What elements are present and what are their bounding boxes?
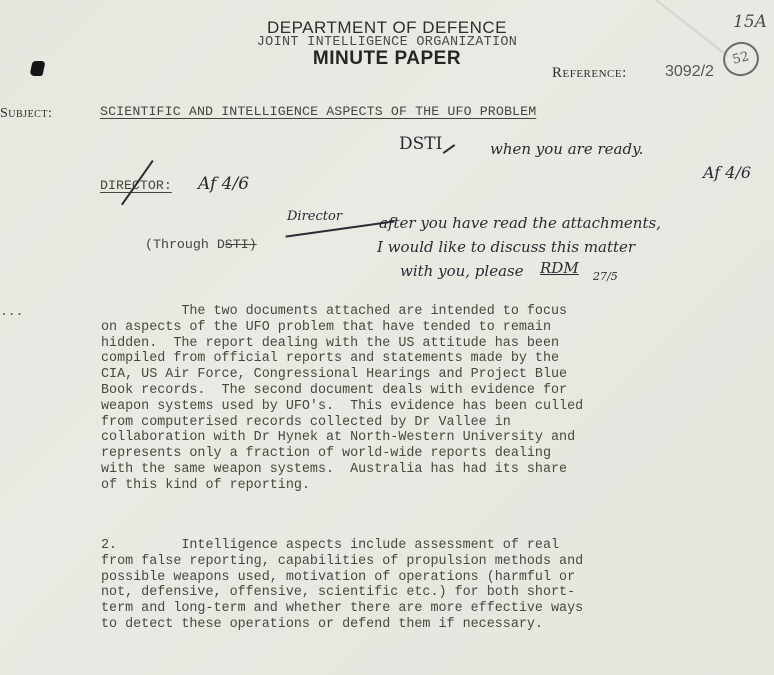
through-prefix: (Through D	[145, 237, 225, 252]
through-struck-text: STI)	[225, 237, 257, 252]
handwritten-note-line-3: with you, please	[400, 262, 524, 280]
body-paragraph-2: 2. Intelligence aspects include assessme…	[101, 538, 741, 633]
folio-annotation: 15A	[733, 12, 767, 32]
handwritten-dsti: DSTI	[399, 134, 442, 154]
handwritten-slash	[443, 144, 456, 154]
handwritten-director-label: Director	[287, 209, 342, 224]
reference-value: 3092/2	[665, 63, 714, 81]
form-title: MINUTE PAPER	[0, 48, 774, 70]
punch-hole-mark	[29, 61, 45, 76]
handwritten-note-line-2: I would like to discuss this matter	[377, 238, 635, 256]
handwritten-director-initial: Af 4/6	[198, 174, 249, 194]
subject-label: Subject:	[0, 106, 52, 122]
handwritten-when-ready: when you are ready.	[490, 140, 643, 158]
body-paragraph-1: The two documents attached are intended …	[101, 304, 741, 494]
handwritten-signature-date: 27/5	[593, 270, 618, 283]
through-line: (Through DSTI)	[145, 237, 257, 252]
handwritten-signature: RDM	[540, 259, 579, 277]
margin-dots: ...	[0, 304, 23, 319]
reference-label: Reference:	[552, 65, 627, 82]
handwritten-note-line-1: after you have read the attachments,	[379, 214, 661, 232]
handwritten-initial-right: Af 4/6	[703, 163, 751, 182]
subject-value: SCIENTIFIC AND INTELLIGENCE ASPECTS OF T…	[100, 104, 536, 119]
